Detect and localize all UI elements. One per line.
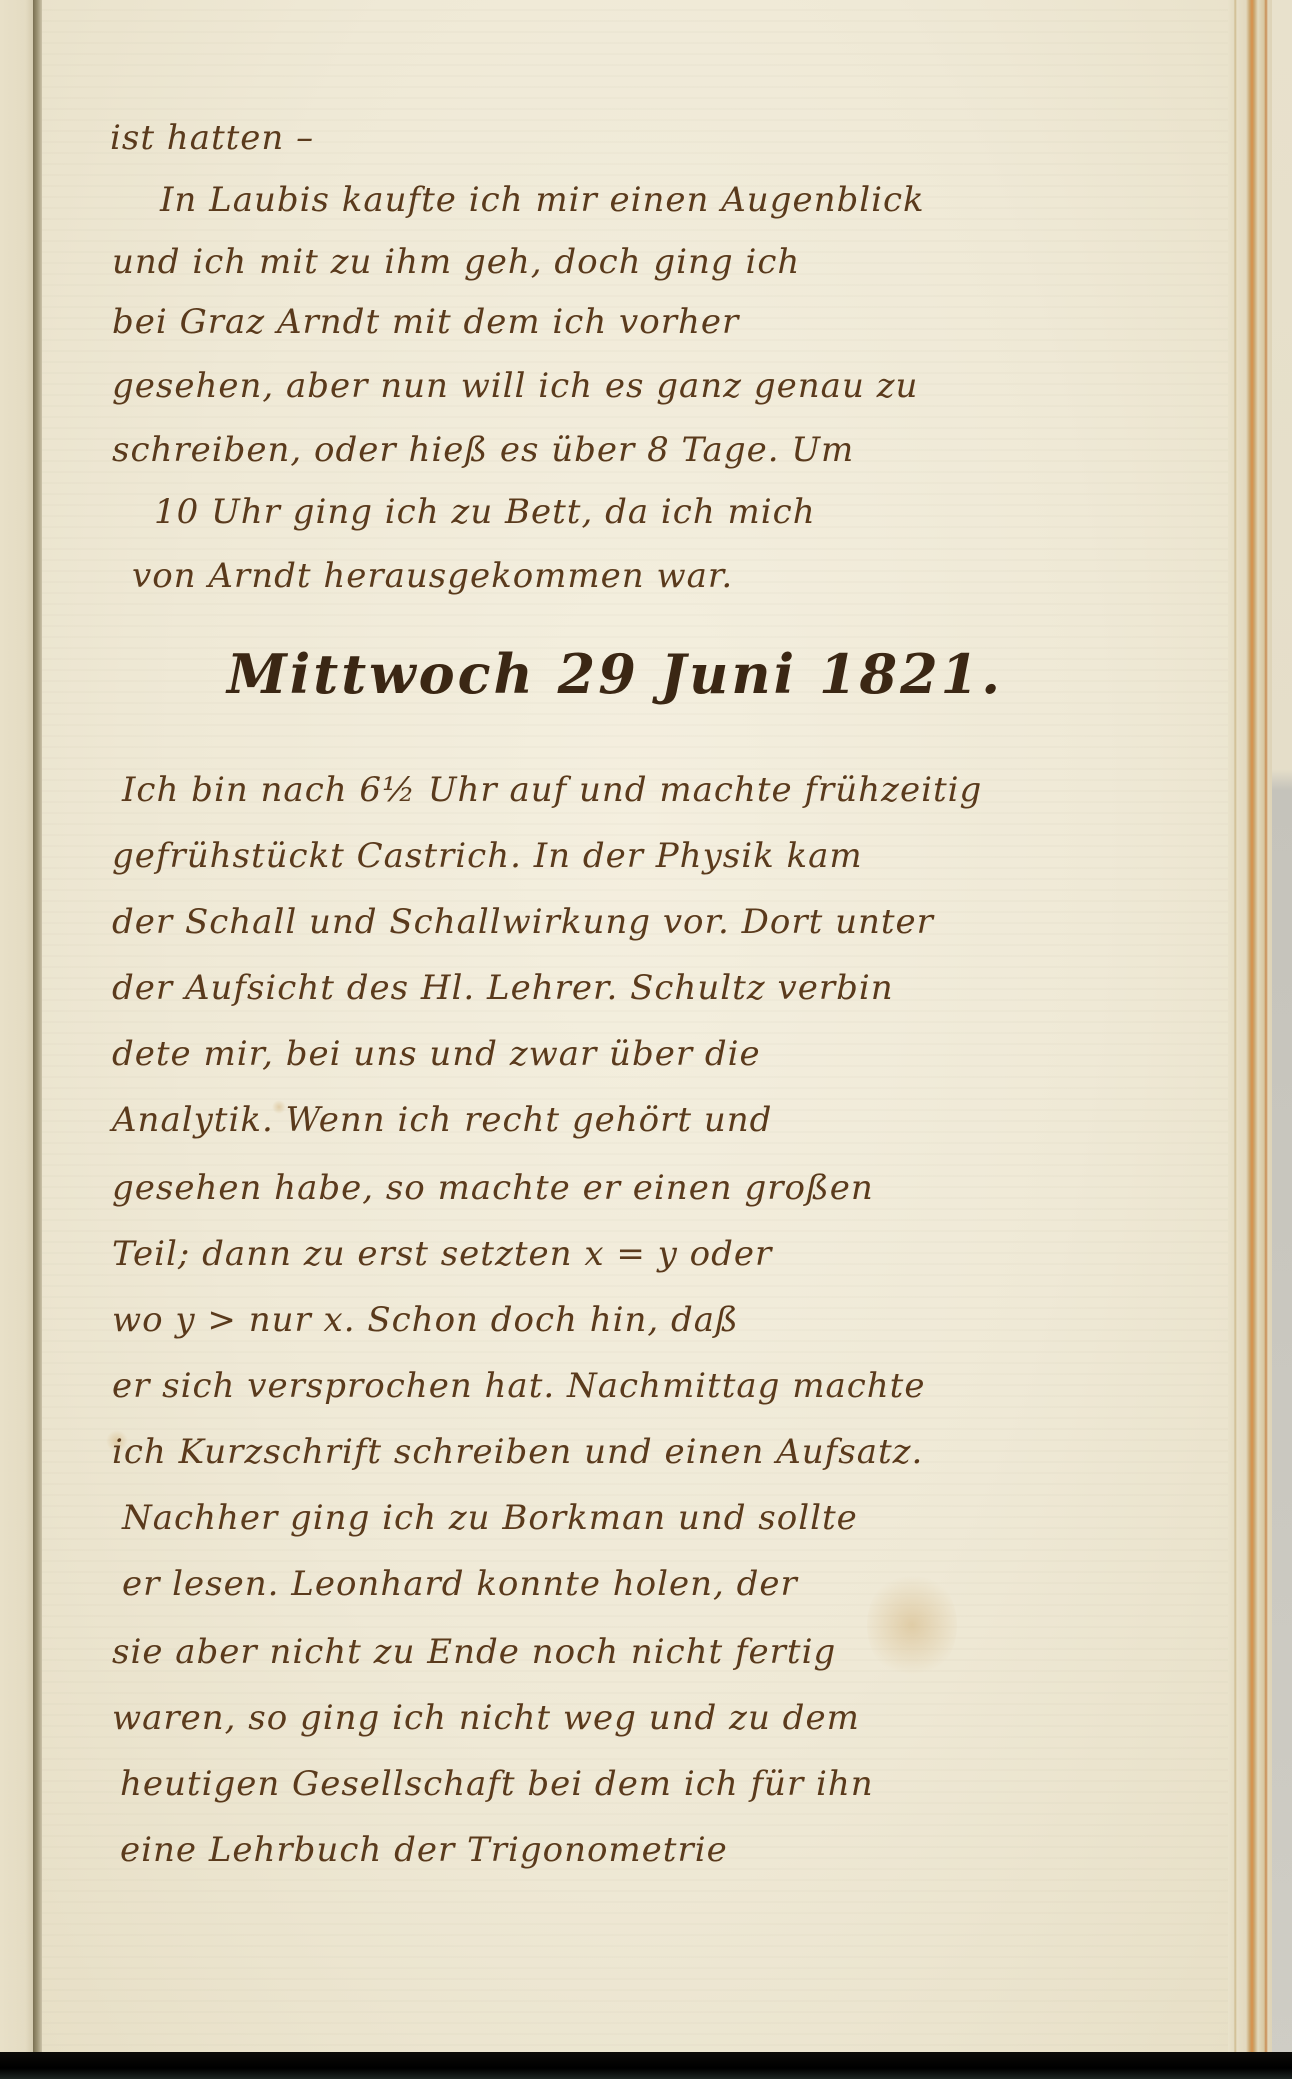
text-line: Ich bin nach 6½ Uhr auf und machte frühz… <box>122 770 982 810</box>
text-line: der Aufsicht des Hl. Lehrer. Schultz ver… <box>112 968 894 1008</box>
diary-page: ist hatten – In Laubis kaufte ich mir ei… <box>42 0 1232 2055</box>
text-line: bei Graz Arndt mit dem ich vorher <box>112 302 739 342</box>
water-stain <box>867 1570 957 1680</box>
text-line: sie aber nicht zu Ende noch nicht fertig <box>112 1632 836 1672</box>
manuscript-scan: ist hatten – In Laubis kaufte ich mir ei… <box>0 0 1292 2079</box>
scan-background-bottom <box>0 2052 1292 2079</box>
text-line: und ich mit zu ihm geh, doch ging ich <box>112 242 800 282</box>
text-line: gesehen habe, so machte er einen großen <box>112 1168 874 1208</box>
text-line: wo y > nur x. Schon doch hin, daß <box>112 1300 739 1340</box>
text-line: ich Kurzschrift schreiben und einen Aufs… <box>112 1432 923 1472</box>
text-line: gefrühstückt Castrich. In der Physik kam <box>112 836 863 876</box>
text-line: er lesen. Leonhard konnte holen, der <box>122 1564 798 1604</box>
text-line: gesehen, aber nun will ich es ganz genau… <box>112 366 918 406</box>
text-line: ist hatten – <box>110 118 314 158</box>
text-line: Teil; dann zu erst setzten x = y oder <box>112 1234 772 1274</box>
text-line: der Schall und Schallwirkung vor. Dort u… <box>112 902 934 942</box>
text-line: von Arndt herausgekommen war. <box>132 556 733 596</box>
text-line: waren, so ging ich nicht weg und zu dem <box>112 1698 860 1738</box>
text-line: In Laubis kaufte ich mir einen Augenblic… <box>160 180 925 220</box>
text-line: heutigen Gesellschaft bei dem ich für ih… <box>120 1764 874 1804</box>
text-line: eine Lehrbuch der Trigonometrie <box>120 1830 728 1870</box>
left-page-edge <box>0 0 36 2060</box>
text-line: 10 Uhr ging ich zu Bett, da ich mich <box>154 492 816 532</box>
text-line: Analytik. Wenn ich recht gehört und <box>112 1100 772 1140</box>
text-line-with-strikethrough: sie aber nicht zu Ende noch nicht fertig <box>112 1632 836 1672</box>
scan-background-right <box>1272 0 1292 2079</box>
text-line: schreiben, oder hieß es über 8 Tage. Um <box>112 430 854 470</box>
text-line: er sich versprochen hat. Nachmittag mach… <box>112 1366 925 1406</box>
entry-date-heading: Mittwoch 29 Juni 1821. <box>227 642 1003 706</box>
stacked-page-edges <box>1228 0 1274 2060</box>
text-line: Nachher ging ich zu Borkman und sollte <box>122 1498 858 1538</box>
text-line: dete mir, bei uns und zwar über die <box>112 1034 761 1074</box>
